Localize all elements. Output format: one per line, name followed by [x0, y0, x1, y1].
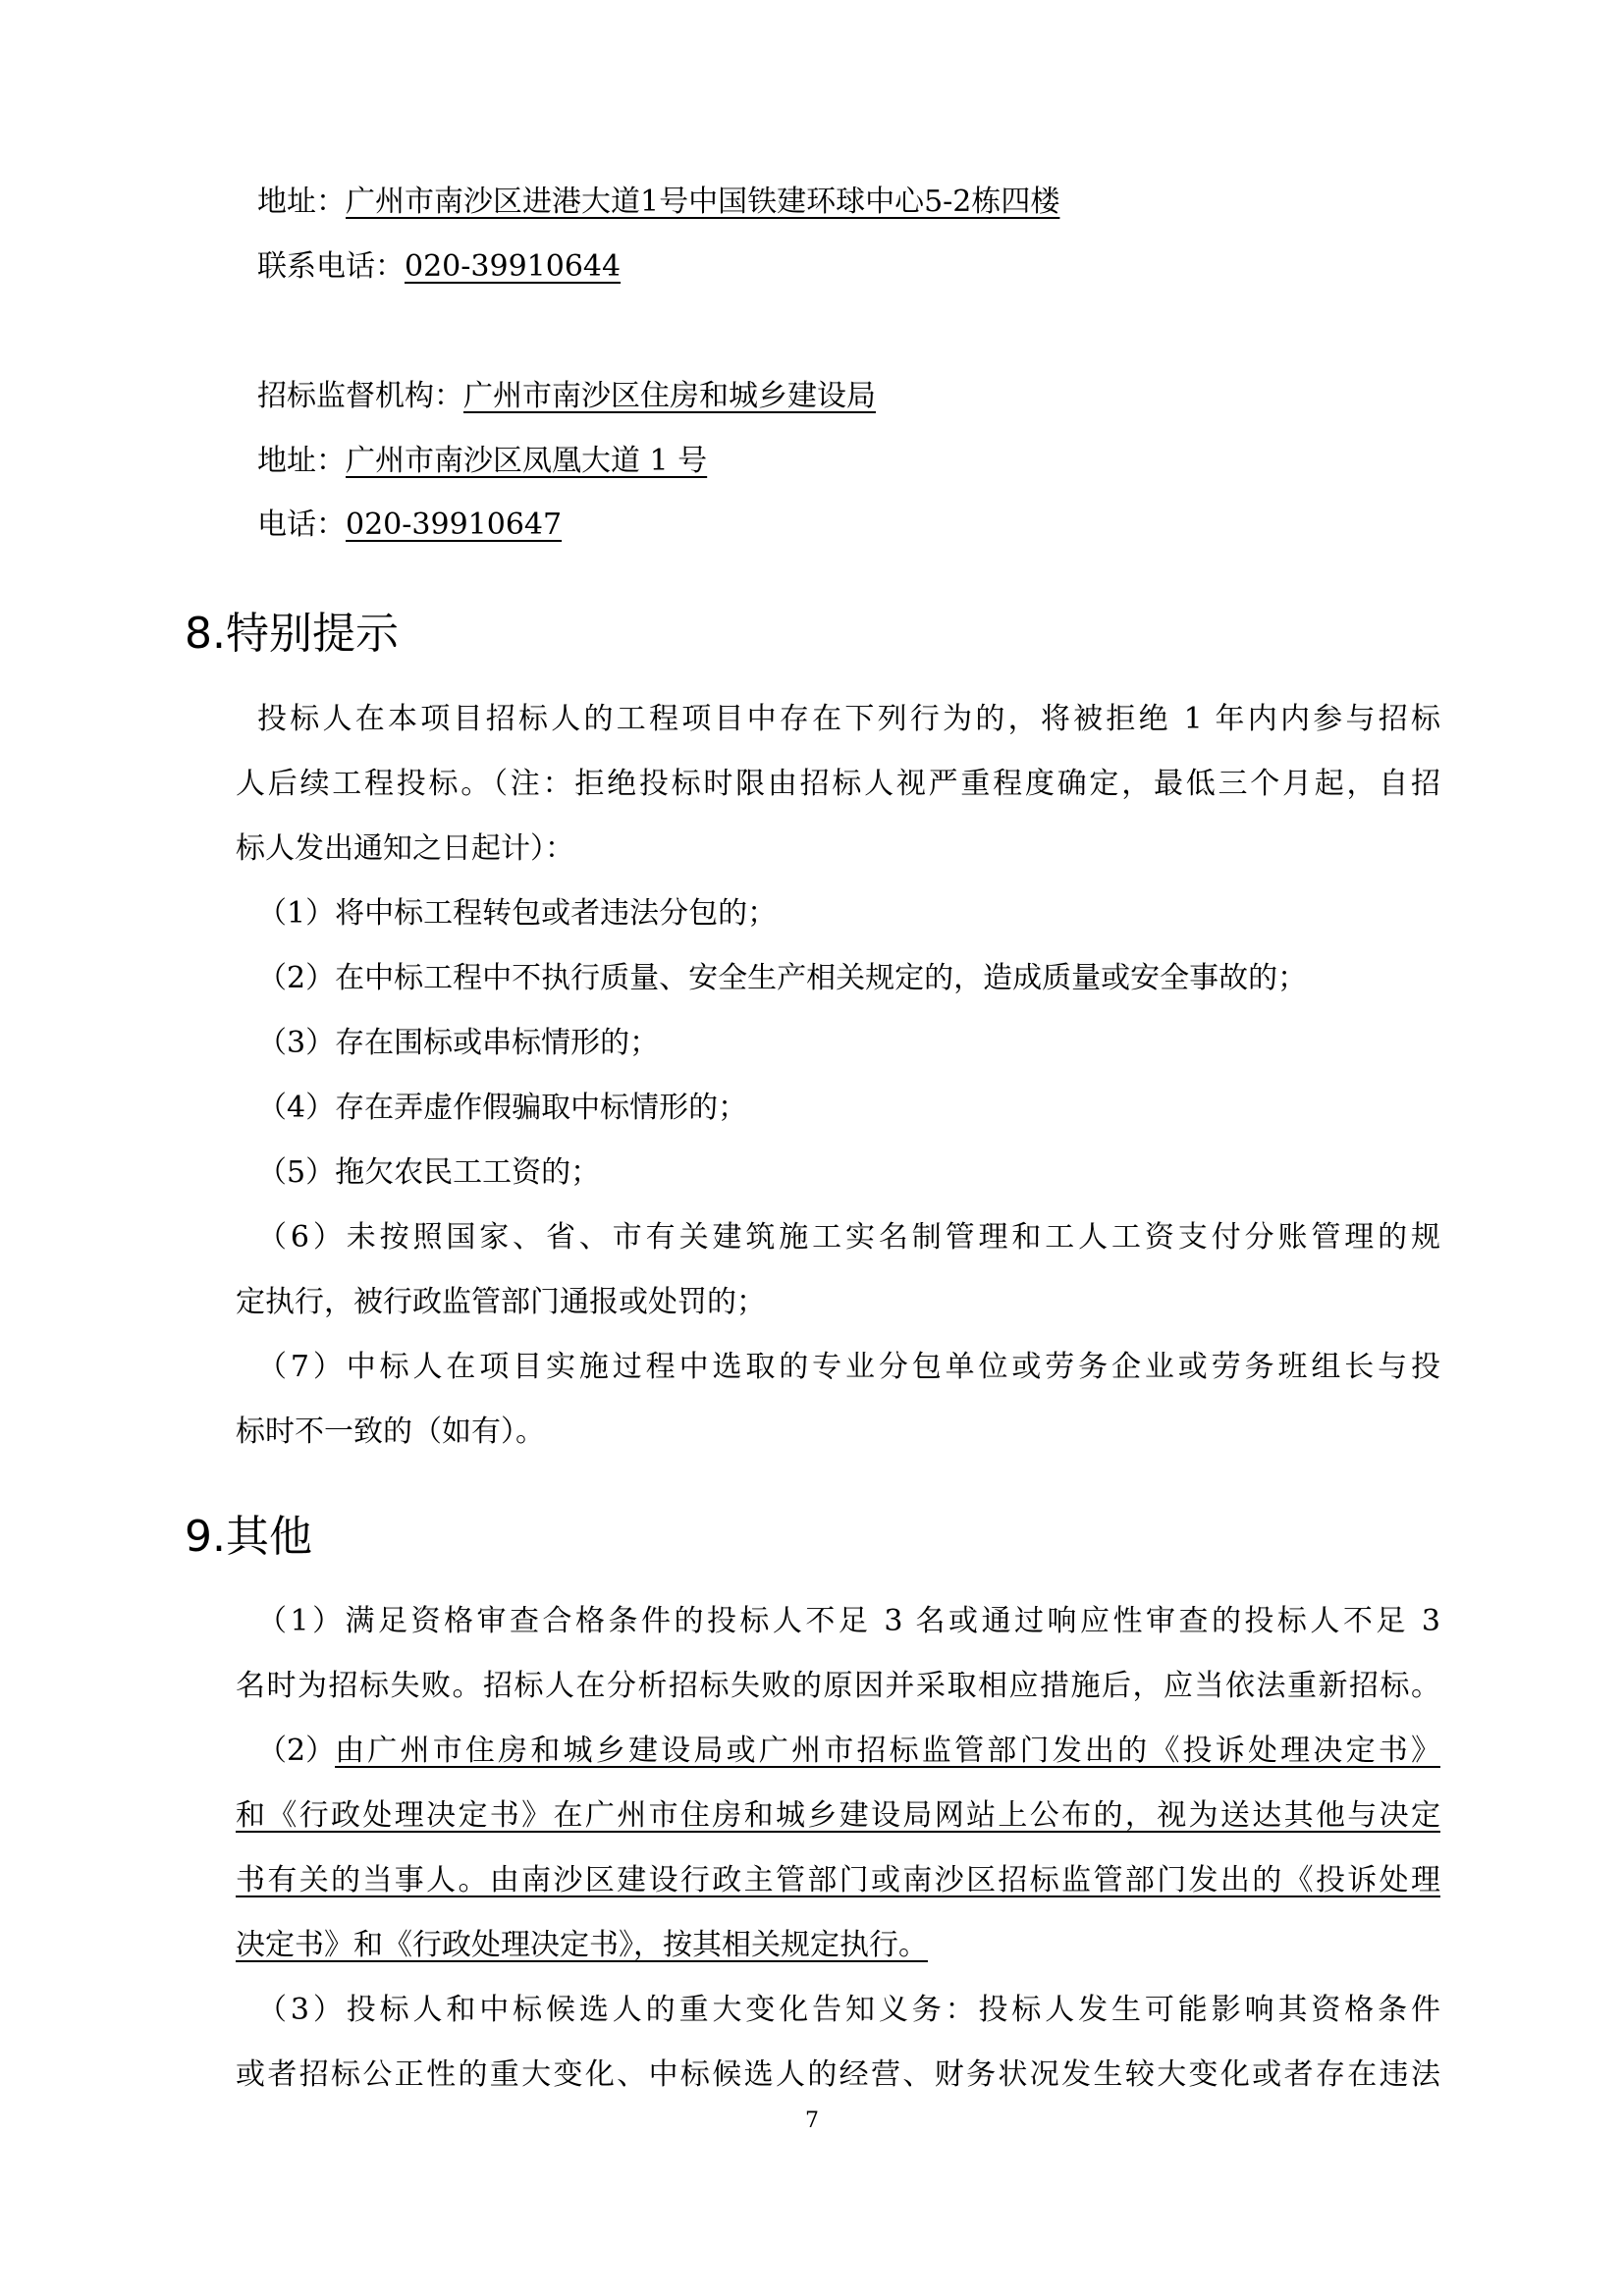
section-9-item-2-line-4: 决定书》和《行政处理决定书》，按其相关规定执行。 [236, 1926, 928, 1965]
section-9-heading: 9.其他 [185, 1510, 312, 1565]
section-8-item-2: （2）在中标工程中不执行质量、安全生产相关规定的，造成质量或安全事故的； [257, 959, 1307, 998]
section-9-item-2-line-2: 和《行政处理决定书》在广州市住房和城乡建设局网站上公布的，视为送达其他与决定 [236, 1796, 1440, 1836]
supervision-phone-value: 020-39910647 [346, 507, 562, 542]
supervision-org-value: 广州市南沙区住房和城乡建设局 [463, 379, 876, 413]
section-8-intro-line-2: 人后续工程投标。（注：拒绝投标时限由招标人视严重程度确定，最低三个月起，自招 [236, 765, 1440, 804]
section-9-item-3-line-1: （3）投标人和中标候选人的重大变化告知义务：投标人发生可能影响其资格条件 [257, 1991, 1440, 2030]
page-number: 7 [0, 2109, 1624, 2133]
section-8-item-3: （3）存在围标或串标情形的； [257, 1024, 659, 1063]
section-9-item-2-prefix: （2） [257, 1732, 335, 1771]
section-9-item-2-text-1: 由广州市住房和城乡建设局或广州市招标监管部门发出的《投诉处理决定书》 [335, 1732, 1440, 1771]
supervision-phone-line: 电话：020-39910647 [257, 506, 562, 545]
supervision-address-line: 地址：广州市南沙区凤凰大道 1 号 [257, 442, 707, 481]
supervision-address-value: 广州市南沙区凤凰大道 1 号 [346, 444, 707, 478]
section-9-item-2-line-1: （2）由广州市住房和城乡建设局或广州市招标监管部门发出的《投诉处理决定书》 [257, 1732, 1440, 1771]
section-9-item-1-line-1: （1）满足资格审查合格条件的投标人不足 3 名或通过响应性审查的投标人不足 3 [257, 1602, 1440, 1641]
supervision-org-label: 招标监督机构： [257, 379, 463, 413]
section-8-heading: 8.特别提示 [185, 607, 399, 662]
supervision-address-label: 地址： [257, 444, 346, 478]
phone-value: 020-39910644 [405, 249, 621, 284]
section-9-item-3-line-2: 或者招标公正性的重大变化、中标候选人的经营、财务状况发生较大变化或者存在违法 [236, 2056, 1440, 2095]
phone-line: 联系电话：020-39910644 [257, 247, 621, 287]
address-label: 地址： [257, 185, 346, 219]
section-8-item-5: （5）拖欠农民工工资的； [257, 1153, 600, 1193]
supervision-org-line: 招标监督机构：广州市南沙区住房和城乡建设局 [257, 377, 876, 416]
section-8-item-1: （1）将中标工程转包或者违法分包的； [257, 894, 777, 934]
supervision-phone-label: 电话： [257, 507, 346, 542]
address-line: 地址：广州市南沙区进港大道1号中国铁建环球中心5-2栋四楼 [257, 183, 1059, 222]
section-8-item-6-line-2: 定执行，被行政监管部门通报或处罚的； [236, 1283, 766, 1322]
section-8-item-4: （4）存在弄虚作假骗取中标情形的； [257, 1089, 747, 1128]
section-8-item-7-line-2: 标时不一致的（如有）。 [236, 1413, 545, 1452]
phone-label: 联系电话： [257, 249, 405, 284]
section-9-item-2-line-3: 书有关的当事人。由南沙区建设行政主管部门或南沙区招标监管部门发出的《投诉处理 [236, 1861, 1440, 1900]
section-8-item-7-line-1: （7）中标人在项目实施过程中选取的专业分包单位或劳务企业或劳务班组长与投 [257, 1348, 1440, 1387]
section-8-intro-line-1: 投标人在本项目招标人的工程项目中存在下列行为的，将被拒绝 1 年内内参与招标 [257, 700, 1440, 739]
address-value: 广州市南沙区进港大道1号中国铁建环球中心5-2栋四楼 [346, 185, 1059, 219]
section-8-item-6-line-1: （6）未按照国家、省、市有关建筑施工实名制管理和工人工资支付分账管理的规 [257, 1218, 1440, 1257]
document-page: 地址：广州市南沙区进港大道1号中国铁建环球中心5-2栋四楼 联系电话：020-3… [0, 0, 1624, 2296]
section-9-item-1-line-2: 名时为招标失败。招标人在分析招标失败的原因并采取相应措施后，应当依法重新招标。 [236, 1667, 1440, 1706]
section-8-intro-line-3: 标人发出通知之日起计）： [236, 829, 574, 869]
